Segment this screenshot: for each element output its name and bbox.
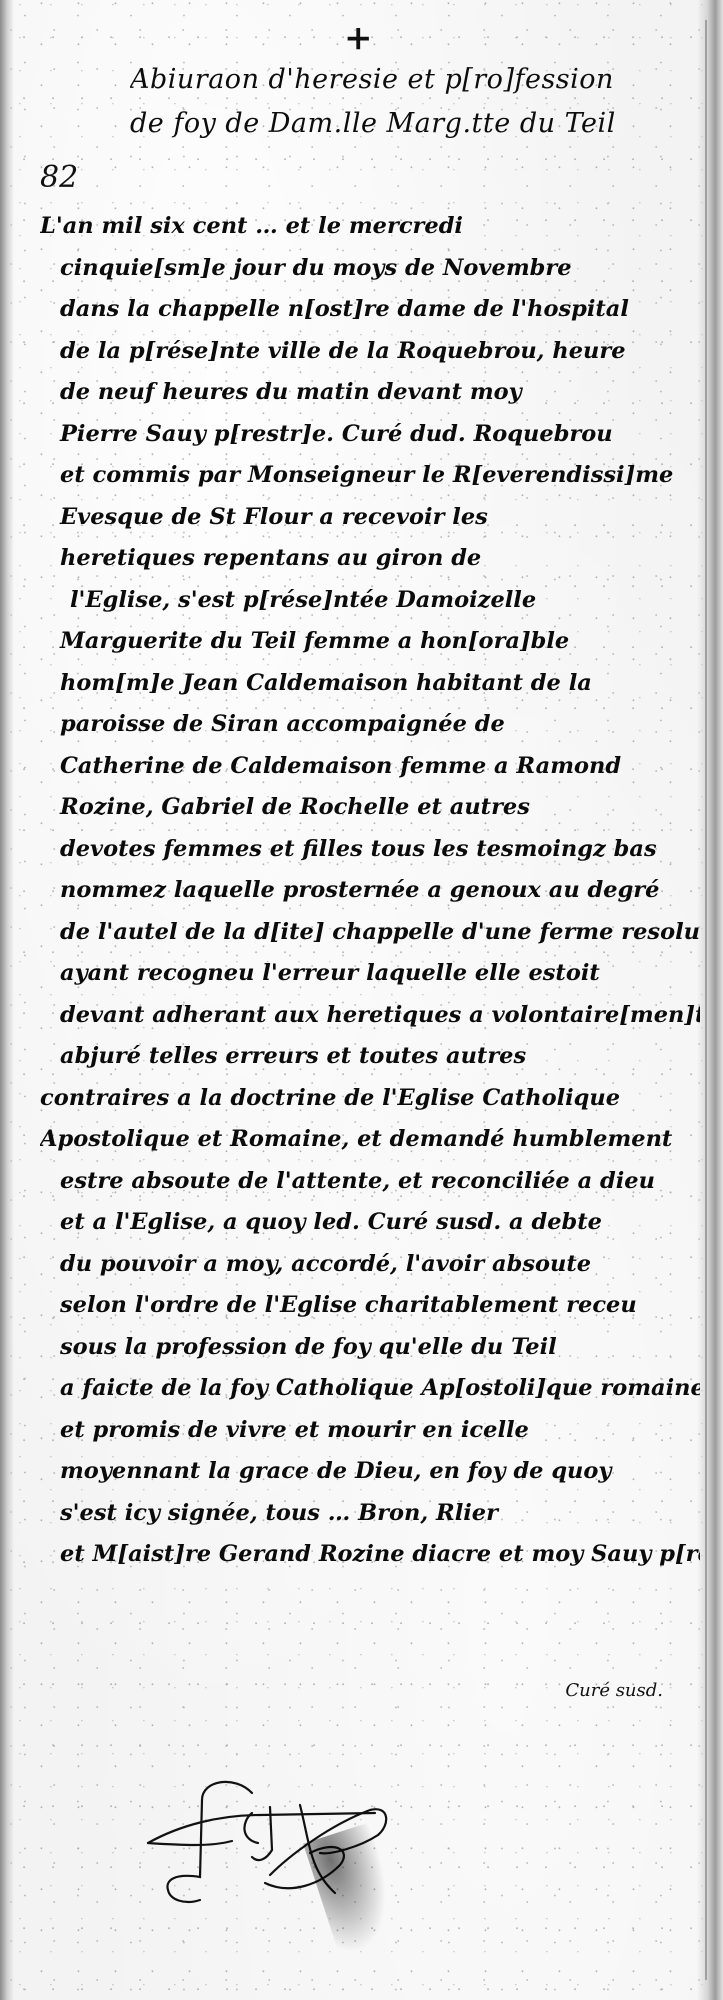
body-line: devotes femmes et filles tous les tesmoi… xyxy=(40,829,700,871)
curate-signature: Curé susd. xyxy=(565,1680,663,1701)
page-edge xyxy=(697,0,723,2000)
body-line: contraires a la doctrine de l'Eglise Cat… xyxy=(40,1078,700,1120)
body-line: Marguerite du Teil femme a hon[ora]ble xyxy=(40,621,700,663)
title-line-1: Abiuraon d'heresie et p[ro]fession xyxy=(130,58,690,102)
body-line: abjuré telles erreurs et toutes autres xyxy=(40,1036,700,1078)
body-line: L'an mil six cent … et le mercredi xyxy=(40,206,700,248)
body-line: Pierre Sauy p[restr]e. Curé dud. Roquebr… xyxy=(40,414,700,456)
body-line: a faicte de la foy Catholique Ap[ostoli]… xyxy=(40,1368,700,1410)
body-line: et commis par Monseigneur le R[everendis… xyxy=(40,455,700,497)
body-line: heretiques repentans au giron de xyxy=(40,538,700,580)
body-line: paroisse de Siran accompaignée de xyxy=(40,704,700,746)
cross-mark: + xyxy=(344,18,373,58)
body-line: hom[m]e Jean Caldemaison habitant de la xyxy=(40,663,700,705)
body-line: moyennant la grace de Dieu, en foy de qu… xyxy=(40,1451,700,1493)
body-line: Apostolique et Romaine, et demandé humbl… xyxy=(40,1119,700,1161)
body-line: dans la chappelle n[ost]re dame de l'hos… xyxy=(40,289,700,331)
document-page: + Abiuraon d'heresie et p[ro]fession de … xyxy=(0,0,723,2000)
binding-shadow xyxy=(0,0,14,2000)
body-line: de la p[rése]nte ville de la Roquebrou, … xyxy=(40,331,700,373)
entry-title: Abiuraon d'heresie et p[ro]fession de fo… xyxy=(130,58,690,146)
entry-body: L'an mil six cent … et le mercredi cinqu… xyxy=(40,206,700,1576)
body-line: l'Eglise, s'est p[rése]ntée Damoizelle xyxy=(40,580,700,622)
body-line: Rozine, Gabriel de Rochelle et autres xyxy=(40,787,700,829)
body-line: et M[aist]re Gerand Rozine diacre et moy… xyxy=(40,1534,700,1576)
body-line: Evesque de St Flour a recevoir les xyxy=(40,497,700,539)
body-line: de neuf heures du matin devant moy xyxy=(40,372,700,414)
title-line-2: de foy de Dam.lle Marg.tte du Teil xyxy=(130,102,690,146)
page-edge-line xyxy=(705,20,707,1980)
body-line: et promis de vivre et mourir en icelle xyxy=(40,1410,700,1452)
body-line: s'est icy signée, tous … Bron, Rlier xyxy=(40,1493,700,1535)
body-line: nommez laquelle prosternée a genoux au d… xyxy=(40,870,700,912)
body-line: sous la profession de foy qu'elle du Tei… xyxy=(40,1327,700,1369)
body-line: cinquie[sm]e jour du moys de Novembre xyxy=(40,248,700,290)
body-line: devant adherant aux heretiques a volonta… xyxy=(40,995,700,1037)
body-line: du pouvoir a moy, accordé, l'avoir absou… xyxy=(40,1244,700,1286)
body-line: Catherine de Caldemaison femme a Ramond xyxy=(40,746,700,788)
body-line: selon l'ordre de l'Eglise charitablement… xyxy=(40,1285,700,1327)
body-line: de l'autel de la d[ite] chappelle d'une … xyxy=(40,912,700,954)
body-line: estre absoute de l'attente, et reconcili… xyxy=(40,1161,700,1203)
body-line: et a l'Eglise, a quoy led. Curé susd. a … xyxy=(40,1202,700,1244)
folio-number: 82 xyxy=(40,160,78,195)
body-line: ayant recogneu l'erreur laquelle elle es… xyxy=(40,953,700,995)
